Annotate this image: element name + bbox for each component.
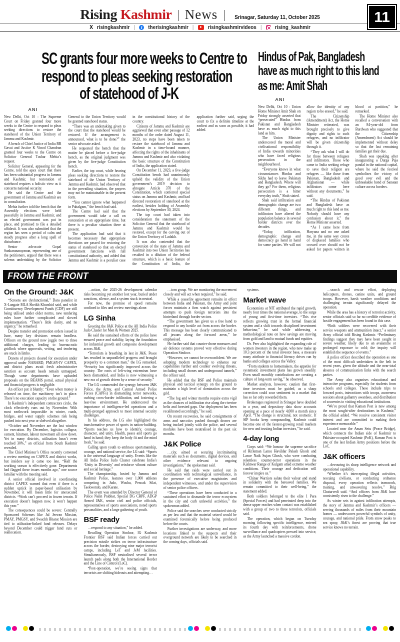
- cyan-dot: [6, 626, 11, 631]
- divider: |: [260, 25, 261, 31]
- social-handle: risingkashmirvideos: [208, 25, 257, 31]
- cyan-dot: [188, 626, 193, 631]
- column-on-the-ground: On the Ground: J&K “Screens are dysfunct…: [4, 288, 77, 615]
- dateline: Srinagar, Saturday 11, October 2025: [231, 15, 320, 21]
- x-icon: X: [90, 25, 93, 31]
- article-text: …devouring its sharp intelligence networ…: [323, 463, 396, 530]
- yellow-dot: [23, 626, 28, 631]
- story-heading: J&K Police: [163, 440, 236, 448]
- article-text: …torn group. We are monitoring the movem…: [163, 288, 236, 436]
- brand-red: Kashmir: [120, 8, 172, 23]
- newspaper-page: Rising Kashmir News Srinagar, Saturday 1…: [0, 0, 400, 642]
- divider: [178, 10, 179, 21]
- social-handle: therisingkashmir: [148, 25, 188, 31]
- print-registration-strip: [4, 625, 396, 633]
- brand-row: Rising Kashmir News Srinagar, Saturday 1…: [0, 7, 400, 24]
- from-front-section: On the Ground: J&K “Screens are dysfunct…: [4, 288, 396, 615]
- masthead: Rising Kashmir News Srinagar, Saturday 1…: [0, 0, 400, 33]
- headline-line: SC grants four more weeks to Centre to: [42, 50, 217, 68]
- instagram-icon: [266, 25, 271, 30]
- second-article-body: New Delhi, Oct 10 : Union Home Minister …: [258, 105, 398, 255]
- article-text: …respond to any situation,” he added.Rec…: [84, 526, 157, 575]
- youtube-icon: [198, 25, 204, 30]
- article-text: Corps said: “We honour the supreme sacri…: [243, 445, 316, 539]
- registration-marks-middle: [186, 626, 218, 631]
- divider: |: [192, 25, 193, 31]
- yellow-dot: [205, 626, 210, 631]
- banner-label: FROM THE FRONT: [3, 271, 88, 282]
- masthead-rule-bottom: [0, 31, 400, 32]
- story-heading: Market wave: [243, 296, 316, 304]
- headline-line: as me: Amit Shah: [258, 79, 356, 93]
- yellow-dot: [383, 626, 388, 631]
- story-heading: 4-day long: [243, 435, 316, 443]
- magenta-dot: [194, 626, 199, 631]
- registration-marks-right: [364, 626, 396, 631]
- black-dot: [389, 626, 394, 631]
- article-text: New Delhi, Oct 10 : Union Home Minister …: [258, 105, 398, 255]
- lead-article-body: New Delhi, Oct 10 : The Supreme Court on…: [4, 115, 254, 267]
- from-the-front-banner: FROM THE FRONT: [3, 270, 397, 283]
- cyan-dot: [366, 626, 371, 631]
- magenta-dot: [12, 626, 17, 631]
- column-market-wave: systems. Market wave Economists at NIT a…: [243, 288, 316, 615]
- article-text: “Screens are dysfunctional,” Dara paneli…: [4, 298, 77, 535]
- social-handle: rising_kashmir: [275, 25, 311, 31]
- byline: ANI: [258, 97, 302, 102]
- lead-headline: SC grants four more weeks to Centre to r…: [42, 50, 217, 103]
- lead-article: SC grants four more weeks to Centre to r…: [4, 50, 254, 267]
- article-text: …city, aimed at securing incriminating m…: [163, 450, 236, 544]
- article-text: New Delhi, Oct 10 : The Supreme Court on…: [4, 115, 254, 267]
- registration-marks-left: [4, 626, 36, 631]
- black-dot: [29, 626, 34, 631]
- second-headline: Hindus of Pak, Bangladesh have as much r…: [258, 50, 356, 93]
- story-heading: J&K officers: [323, 453, 396, 461]
- second-article: Hindus of Pak, Bangladesh have as much r…: [258, 50, 398, 255]
- headline-line: respond to pleas seeking restoration: [42, 68, 217, 86]
- facebook-icon: f: [139, 25, 144, 30]
- story-heading: On the Ground: J&K: [4, 289, 77, 297]
- newspaper-title: Rising Kashmir: [80, 8, 172, 24]
- story-heading: LG Sinha: [84, 314, 157, 322]
- article-text: …search and rescue effort, deploying hel…: [323, 288, 396, 449]
- byline: ANI: [4, 107, 62, 112]
- page-number: 11: [368, 5, 396, 29]
- headline-line: of statehood of J-K: [42, 85, 217, 103]
- social-row: X risingkashmir | f therisingkashmir | r…: [0, 24, 400, 31]
- headline-line: have as much right to this land: [258, 64, 356, 78]
- brand-black: Rising: [80, 8, 117, 23]
- column-lg-sinha: …action, the 2025-26 development calenda…: [84, 288, 157, 615]
- black-dot: [211, 626, 216, 631]
- article-text: …action, the 2025-26 development calenda…: [84, 288, 157, 310]
- column-jk-officers: …search and rescue effort, deploying hel…: [323, 288, 396, 615]
- headline-line: Hindus of Pak, Bangladesh: [258, 50, 356, 64]
- divider: [224, 10, 225, 21]
- story-heading: BSF ready: [84, 516, 157, 524]
- social-handle: risingkashmir: [97, 25, 130, 31]
- column-jk-police: …torn group. We are monitoring the movem…: [163, 288, 236, 615]
- divider: |: [134, 25, 135, 31]
- article-text: Greeting the J&K Police at the All India…: [84, 324, 157, 512]
- article-text: systems.: [243, 288, 316, 292]
- article-text: Economists at NIT attributed the rapid g…: [243, 306, 316, 431]
- magenta-dot: [372, 626, 377, 631]
- section-name: News: [185, 7, 218, 23]
